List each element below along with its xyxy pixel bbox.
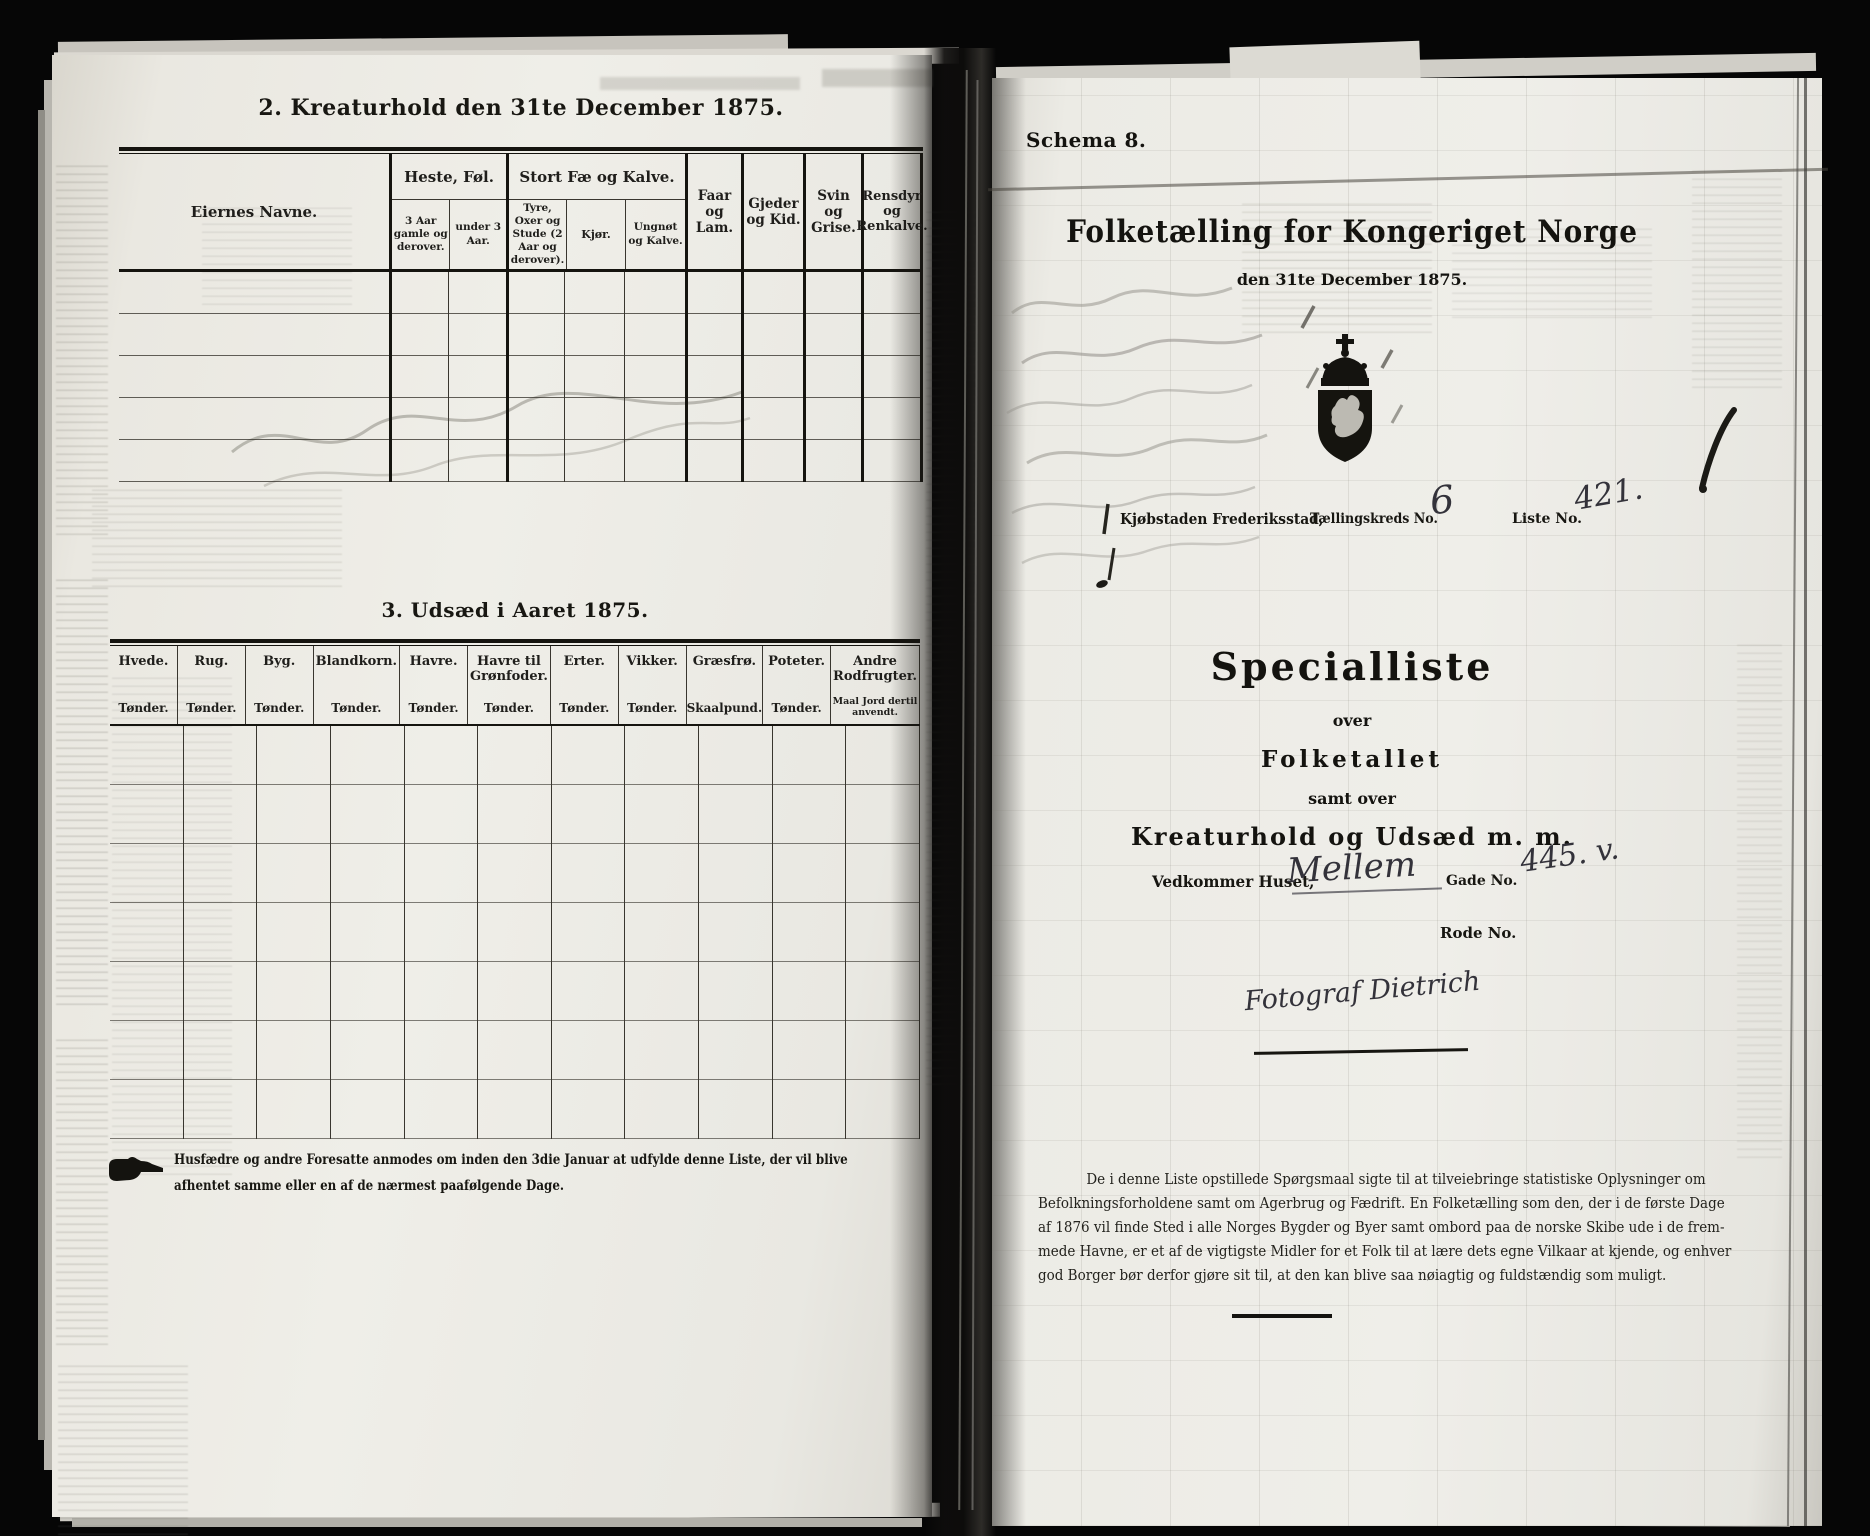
closing-divider bbox=[1232, 1314, 1332, 1318]
column-poteter: Poteter. Tønder. bbox=[762, 646, 830, 724]
heading-over: over bbox=[1027, 711, 1677, 730]
seed-table-header: Hvede. Tønder. Rug. Tønder. Byg. Tønder.… bbox=[110, 646, 920, 726]
column-andre-rodfrugter: Andre Rodfrugter. Maal Jord dertil anven… bbox=[830, 646, 920, 724]
ghost-text-column bbox=[58, 1365, 188, 1535]
specialliste-heading: Specialliste over Folketallet samt over … bbox=[1027, 644, 1677, 851]
footer-note-line1: Husfædre og andre Foresatte anmodes om i… bbox=[174, 1147, 848, 1173]
seed-table-body bbox=[110, 726, 920, 1139]
heading-folketallet: Folketallet bbox=[1027, 746, 1677, 773]
ghost-mirrored-title bbox=[822, 69, 932, 87]
ghost-text-column bbox=[56, 165, 108, 535]
ghost-text-column bbox=[56, 575, 108, 1005]
column-erter: Erter. Tønder. bbox=[550, 646, 618, 724]
sheet-edge bbox=[72, 1518, 922, 1527]
column-havre: Havre. Tønder. bbox=[399, 646, 467, 724]
column-cows: Kjør. bbox=[566, 200, 625, 269]
footer-note-text: Husfædre og andre Foresatte anmodes om i… bbox=[174, 1147, 940, 1200]
column-bulls-oxen: Tyre, Oxer og Stude (2 Aar og derover). bbox=[509, 200, 566, 269]
column-rug: Rug. Tønder. bbox=[177, 646, 245, 724]
district-label: Tællingskreds No. bbox=[1310, 511, 1438, 527]
list-label: Liste No. bbox=[1512, 511, 1582, 527]
district-number-handwritten: 6 bbox=[1428, 477, 1457, 523]
livestock-table: Eiernes Navne. Heste, Føl. 3 Aar gamle o… bbox=[119, 147, 923, 482]
paragraph-line: god Borger bør derfor gjøre sit til, at … bbox=[1038, 1264, 1689, 1288]
livestock-table-body bbox=[119, 272, 923, 482]
paragraph-line: mede Havne, er et af de vigtigste Midler… bbox=[1038, 1240, 1689, 1264]
city-label: Kjøbstaden Frederiksstad, bbox=[1120, 510, 1324, 528]
seed-table: Hvede. Tønder. Rug. Tønder. Byg. Tønder.… bbox=[110, 639, 920, 1139]
empty-cell-column bbox=[119, 272, 389, 482]
column-byg: Byg. Tønder. bbox=[245, 646, 313, 724]
right-page: Schema 8. Folketælling for Kongeriget No… bbox=[992, 78, 1822, 1526]
heading-samt-over: samt over bbox=[1027, 789, 1677, 808]
instruction-paragraph: De i denne Liste opstillede Spørgsmaal s… bbox=[1038, 1168, 1738, 1288]
paragraph-line: af 1876 vil finde Sted i alle Norges Byg… bbox=[1038, 1216, 1689, 1240]
column-blandkorn: Blandkorn. Tønder. bbox=[313, 646, 399, 724]
paragraph-line: Befolkningsforholdene samt om Agerbrug o… bbox=[1038, 1192, 1689, 1216]
sheet-edge bbox=[38, 110, 45, 1440]
column-young-cattle: Ungnøt og Kalve. bbox=[625, 200, 685, 269]
page-edge bbox=[1804, 78, 1807, 1526]
livestock-table-title: 2. Kreaturhold den 31te December 1875. bbox=[119, 95, 923, 121]
column-group-cattle: Stort Fæ og Kalve. Tyre, Oxer og Stude (… bbox=[506, 154, 685, 269]
scanned-census-spread: 2. Kreaturhold den 31te December 1875. E… bbox=[0, 0, 1870, 1536]
rode-label: Rode No. bbox=[1440, 924, 1516, 942]
paragraph-line: De i denne Liste opstillede Spørgsmaal s… bbox=[1038, 1168, 1689, 1192]
street-name-handwritten: Mellem bbox=[1286, 845, 1417, 892]
column-pigs: Svin og Grise. bbox=[803, 154, 861, 269]
heading-specialliste: Specialliste bbox=[1027, 644, 1677, 689]
column-graesfro: Græsfrø. Skaalpund. bbox=[686, 646, 763, 724]
census-title: Folketælling for Kongeriget Norge bbox=[1028, 214, 1676, 250]
column-vikker: Vikker. Tønder. bbox=[618, 646, 686, 724]
column-reindeer: Rensdyr og Renkalve. bbox=[861, 154, 923, 269]
column-goats: Gjeder og Kid. bbox=[741, 154, 803, 269]
column-owner-names: Eiernes Navne. bbox=[119, 154, 389, 269]
seed-table-title: 3. Udsæd i Aaret 1875. bbox=[110, 598, 920, 622]
census-subtitle: den 31te December 1875. bbox=[992, 270, 1712, 289]
column-horses-under-3: under 3 Aar. bbox=[449, 200, 506, 269]
handwritten-tally-mark bbox=[1694, 406, 1740, 496]
ghost-text-column bbox=[1737, 638, 1782, 1158]
footer-note-line2: afhentet samme eller en af de nærmest pa… bbox=[174, 1173, 848, 1199]
column-havre-gronfoder: Havre til Grønfoder. Tønder. bbox=[467, 646, 550, 724]
ghost-mirrored-title bbox=[600, 77, 800, 90]
column-group-horses: Heste, Føl. 3 Aar gamle og derover. unde… bbox=[389, 154, 506, 269]
manicule-icon bbox=[108, 1155, 164, 1185]
table-top-rule bbox=[119, 147, 923, 154]
column-hvede: Hvede. Tønder. bbox=[110, 646, 177, 724]
table-top-rule bbox=[110, 639, 920, 646]
column-horses-over-3: 3 Aar gamle og derover. bbox=[392, 200, 449, 269]
ghost-text-column bbox=[56, 1035, 108, 1345]
left-page: 2. Kreaturhold den 31te December 1875. E… bbox=[52, 55, 932, 1517]
column-sheep: Faar og Lam. bbox=[685, 154, 741, 269]
livestock-table-header: Eiernes Navne. Heste, Føl. 3 Aar gamle o… bbox=[119, 154, 923, 272]
gade-label: Gade No. bbox=[1446, 873, 1517, 889]
schema-label: Schema 8. bbox=[1026, 128, 1146, 152]
coat-of-arms-icon bbox=[1310, 334, 1380, 464]
